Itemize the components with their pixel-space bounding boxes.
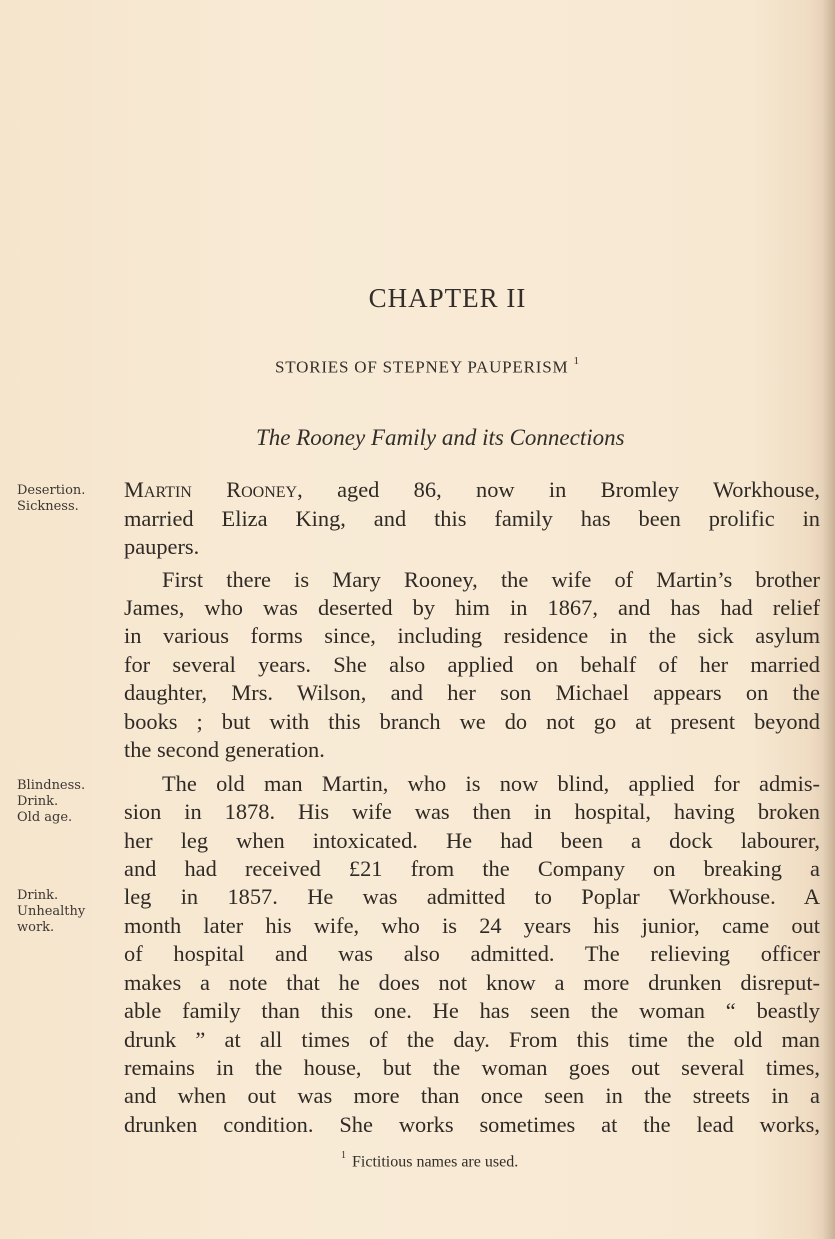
page-edge-shadow — [823, 0, 835, 1239]
body-line: books ; but with this branch we do not g… — [124, 708, 820, 736]
body-line: leg in 1857. He was admitted to Poplar W… — [124, 883, 820, 911]
body-line: married Eliza King, and this family has … — [124, 505, 820, 533]
body-line: for several years. She also applied on b… — [124, 651, 820, 679]
body-line: and when out was more than once seen in … — [124, 1082, 820, 1110]
body-line: paupers. — [124, 533, 820, 561]
body-line: daughter, Mrs. Wilson, and her son Micha… — [124, 679, 820, 707]
body-line: drunk ” at all times of the day. From th… — [124, 1026, 820, 1054]
chapter-subtitle: STORIES OF STEPNEY PAUPERISM 1 — [275, 357, 580, 378]
body-line: makes a note that he does not know a mor… — [124, 969, 820, 997]
margin-note: Sickness. — [17, 499, 85, 515]
name-smallcaps: Martin — [124, 477, 192, 502]
body-line: in various forms since, including reside… — [124, 622, 820, 650]
subtitle-text: STORIES OF STEPNEY PAUPERISM — [275, 358, 568, 377]
chapter-title: CHAPTER II — [0, 283, 835, 314]
footnote-marker: 1 — [573, 355, 579, 367]
margin-note: Old age. — [17, 810, 85, 826]
body-line: The old man Martin, who is now blind, ap… — [124, 770, 820, 798]
name-smallcaps: Rooney — [226, 477, 297, 502]
margin-note-group-1: Desertion. Sickness. — [17, 483, 85, 515]
section-title: The Rooney Family and its Connections — [256, 425, 625, 451]
margin-note-group-2: Blindness. Drink. Old age. — [17, 778, 85, 826]
body-line: Martin Rooney, aged 86, now in Bromley W… — [124, 476, 820, 504]
margin-note-group-3: Drink. Unhealthy work. — [17, 888, 85, 936]
body-line: able family than this one. He has seen t… — [124, 997, 820, 1025]
margin-note: Desertion. — [17, 483, 85, 499]
body-line: and had received £21 from the Company on… — [124, 855, 820, 883]
footnote-mark: 1 — [341, 1150, 346, 1161]
margin-note: Drink. — [17, 794, 85, 810]
body-line-text: , aged 86, now in Bromley Workhouse, — [297, 477, 820, 502]
footnote-text: Fictitious names are used. — [352, 1153, 518, 1170]
body-line: drunken condition. She works sometimes a… — [124, 1111, 820, 1139]
footnote: 1Fictitious names are used. — [341, 1152, 518, 1171]
body-line: of hospital and was also admitted. The r… — [124, 940, 820, 968]
body-line: her leg when intoxicated. He had been a … — [124, 827, 820, 855]
body-line: month later his wife, who is 24 years hi… — [124, 912, 820, 940]
body-line: James, who was deserted by him in 1867, … — [124, 594, 820, 622]
margin-note: Drink. — [17, 888, 85, 904]
body-line: sion in 1878. His wife was then in hospi… — [124, 798, 820, 826]
body-line: the second generation. — [124, 736, 820, 764]
body-line: remains in the house, but the woman goes… — [124, 1054, 820, 1082]
margin-note: Unhealthy — [17, 904, 85, 920]
body-line: First there is Mary Rooney, the wife of … — [124, 566, 820, 594]
margin-note: work. — [17, 920, 85, 936]
margin-note: Blindness. — [17, 778, 85, 794]
